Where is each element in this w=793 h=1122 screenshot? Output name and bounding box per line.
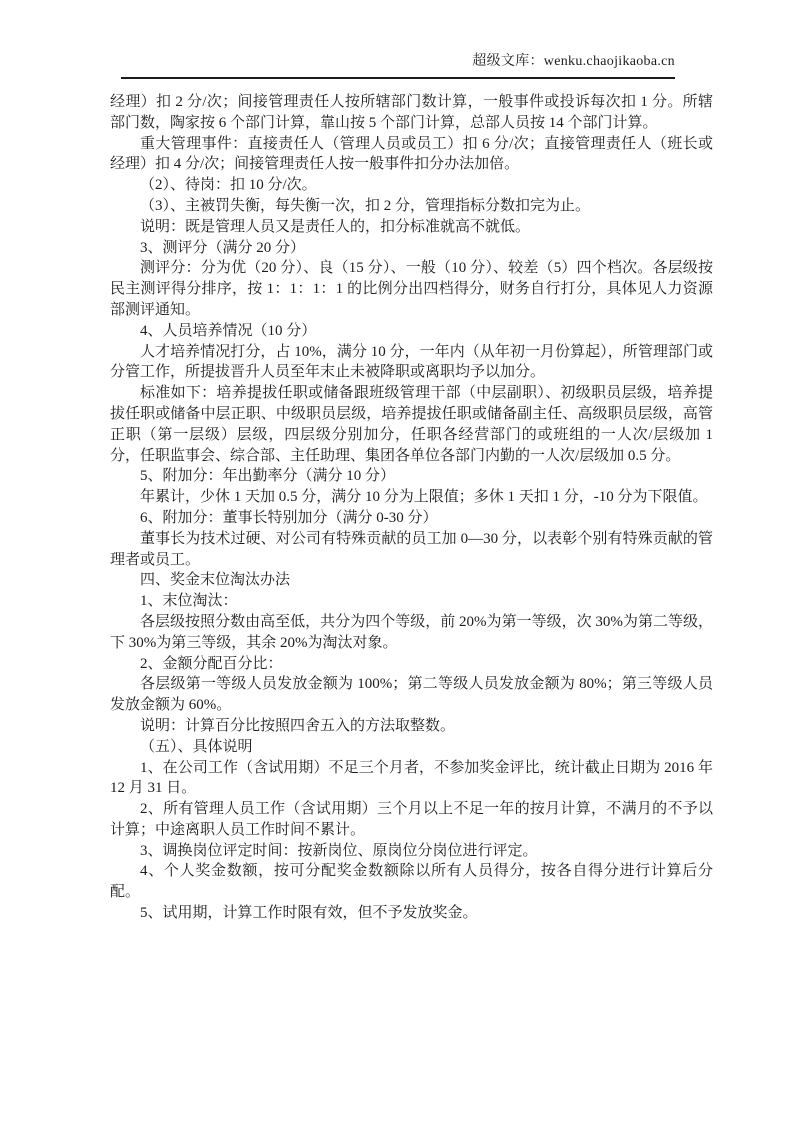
paragraph: 各层级第一等级人员发放金额为 100%；第二等级人员发放金额为 80%；第三等级… (110, 674, 713, 716)
paragraph: 3、调换岗位评定时间：按新岗位、原岗位分岗位进行评定。 (110, 841, 713, 862)
document-body: 经理）扣 2 分/次；间接管理责任人按所辖部门数计算，一般事件或投诉每次扣 1 … (110, 92, 713, 924)
paragraph: 重大管理事件：直接责任人（管理人员或员工）扣 6 分/次；直接管理责任人（班长或… (110, 134, 713, 176)
paragraph: 测评分：分为优（20 分）、良（15 分）、一般（10 分）、较差（5）四个档次… (110, 258, 713, 320)
paragraph: 1、在公司工作（含试用期）不足三个月者，不参加奖金评比，统计截止日期为 2016… (110, 758, 713, 800)
paragraph: 4、个人奖金数额，按可分配奖金数额除以所有人员得分，按各自得分进行计算后分配。 (110, 861, 713, 903)
page-header: 超级文库：wenku.chaojikaoba.cn (121, 52, 675, 72)
paragraph: 6、附加分：董事长特别加分（满分 0-30 分） (110, 508, 713, 529)
paragraph: 2、金额分配百分比： (110, 654, 713, 675)
paragraph: 四、奖金末位淘汰办法 (110, 570, 713, 591)
paragraph: 5、试用期，计算工作时限有效，但不予发放奖金。 (110, 903, 713, 924)
paragraph: 5、附加分：年出勤率分（满分 10 分） (110, 466, 713, 487)
paragraph: （2）、待岗：扣 10 分/次。 (110, 175, 713, 196)
document-page: 超级文库：wenku.chaojikaoba.cn 经理）扣 2 分/次；间接管… (0, 0, 793, 1122)
paragraph: 标准如下：培养提拔任职或储备跟班级管理干部（中层副职）、初级职员层级，培养提拔任… (110, 383, 713, 466)
paragraph: 董事长为技术过硬、对公司有特殊贡献的员工加 0—30 分，以表彰个别有特殊贡献的… (110, 529, 713, 571)
paragraph: 人才培养情况打分，占 10%，满分 10 分，一年内（从年初一月份算起），所管理… (110, 342, 713, 384)
paragraph: 经理）扣 2 分/次；间接管理责任人按所辖部门数计算，一般事件或投诉每次扣 1 … (110, 92, 713, 134)
paragraph: 1、末位淘汰： (110, 591, 713, 612)
paragraph: （五）、具体说明 (110, 737, 713, 758)
header-rule (121, 77, 675, 79)
paragraph: 2、所有管理人员工作（含试用期）三个月以上不足一年的按月计算，不满月的不予以计算… (110, 799, 713, 841)
paragraph: 4、人员培养情况（10 分） (110, 321, 713, 342)
paragraph: 说明：既是管理人员又是责任人的，扣分标准就高不就低。 (110, 217, 713, 238)
paragraph: 年累计，少休 1 天加 0.5 分，满分 10 分为上限值；多休 1 天扣 1 … (110, 487, 713, 508)
paragraph: （3）、主被罚失衡，每失衡一次，扣 2 分，管理指标分数扣完为止。 (110, 196, 713, 217)
watermark-text: 超级文库：wenku.chaojikaoba.cn (472, 54, 675, 69)
paragraph: 说明：计算百分比按照四舍五入的方法取整数。 (110, 716, 713, 737)
paragraph: 各层级按照分数由高至低，共分为四个等级，前 20%为第一等级，次 30%为第二等… (110, 612, 713, 654)
paragraph: 3、测评分（满分 20 分） (110, 238, 713, 259)
